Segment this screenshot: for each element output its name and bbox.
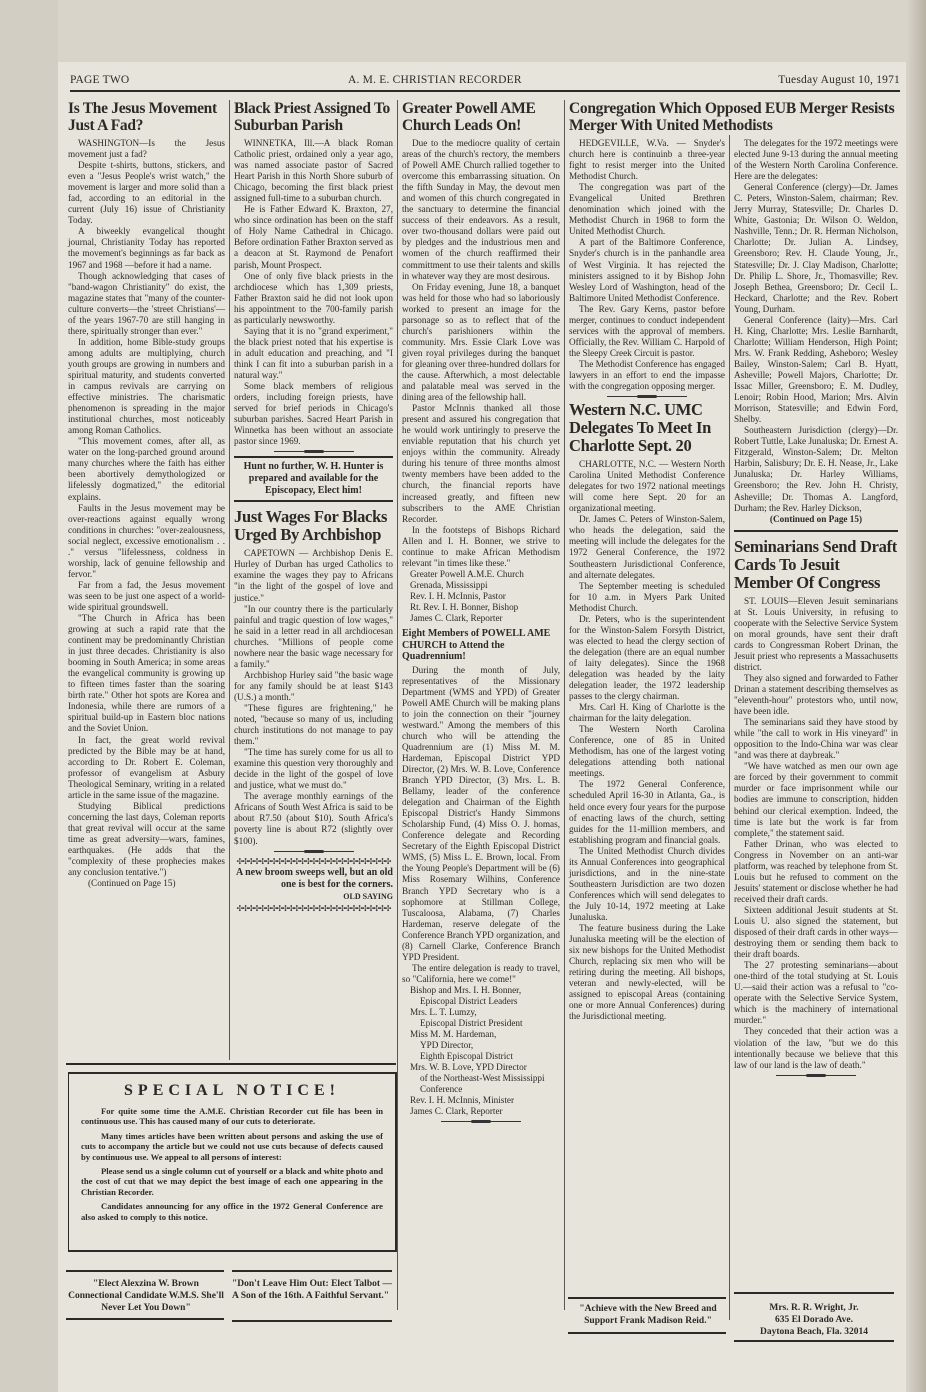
paragraph: Candidates announcing for any office in … (81, 1201, 383, 1222)
paragraph: "This movement comes, after all, as wate… (68, 436, 225, 502)
paragraph: "We have watched as men our own age are … (734, 761, 898, 838)
ad-rule (568, 1297, 726, 1299)
signature-line: of the Northeast-West Mississippi Confer… (402, 1073, 560, 1095)
article-greater-powell: Greater Powell AME Church Leads On! Due … (402, 100, 560, 1126)
paragraph: Rt. Rev. I. H. Bonner, Bishop (402, 602, 560, 613)
paragraph: WASHINGTON—Is the Jesus movement just a … (68, 138, 225, 160)
paragraph: Rev. I. H. McInnis, Pastor (402, 591, 560, 602)
signature-line: Bishop and Mrs. I. H. Bonner, (402, 985, 560, 996)
paragraph: Greater Powell A.M.E. Church (402, 569, 560, 580)
paragraph: The 27 protesting seminarians—about one-… (734, 960, 898, 1026)
paragraph: Saying that it is no "grand experiment,"… (234, 326, 393, 381)
paragraph: Some black members of religious orders, … (234, 381, 393, 447)
paragraph: Due to the mediocre quality of certain a… (402, 138, 560, 282)
paragraph: The average monthly earnings of the Afri… (234, 791, 393, 846)
headline-just-wages: Just Wages For Blacks Urged By Archbisho… (234, 508, 393, 544)
ad-rule (734, 1340, 894, 1342)
article-western-nc-cont: The delegates for the 1972 meetings were… (734, 138, 898, 1080)
paragraph: Archbishop Hurley said "the basic wage f… (234, 670, 393, 703)
page-number: PAGE TWO (70, 74, 129, 86)
paragraph: Faults in the Jesus movement may be over… (68, 503, 225, 580)
paragraph: The congregation was part of the Evangel… (569, 182, 725, 237)
paragraph: The seminarians said they have stood by … (734, 717, 898, 761)
signature-line: Episcopal District President (402, 1018, 560, 1029)
paragraph: CAPETOWN — Archbishop Denis E. Hurley of… (234, 548, 393, 603)
page-fold-shadow (906, 0, 926, 1392)
paragraph: The entire delegation is ready to travel… (402, 963, 560, 985)
masthead: PAGE TWO A. M. E. CHRISTIAN RECORDER Tue… (70, 74, 900, 90)
paragraph: The delegates for the 1972 meetings were… (734, 138, 898, 182)
paragraph: The Methodist Conference has engaged law… (569, 359, 725, 392)
paragraph: Studying Biblical predictions concerning… (68, 801, 225, 878)
paragraph: For quite some time the A.M.E. Christian… (81, 1106, 383, 1127)
paragraph: Please send us a single column cut of yo… (81, 1166, 383, 1197)
continued-note: (Continued on Page 15) (734, 514, 898, 525)
column-divider (564, 100, 565, 1310)
paragraph: "The time has surely come for us all to … (234, 747, 393, 791)
old-saying: A new broom sweeps well, but an old one … (234, 867, 393, 903)
paragraph: The feature business during the Lake Jun… (569, 923, 725, 1022)
column-divider (229, 100, 230, 1060)
signature-line: Eighth Episcopal District (402, 1051, 560, 1062)
paragraph: ST. LOUIS—Eleven Jesuit seminarians at S… (734, 596, 898, 673)
continued-note: (Continued on Page 15) (68, 878, 225, 889)
signature-line: Rev. I. H. McInnis, Minister (402, 1095, 560, 1106)
hunter-ad: Hunt no further, W. H. Hunter is prepare… (234, 456, 393, 502)
headline-eight-members: Eight Members of POWELL AME CHURCH to At… (402, 628, 560, 663)
special-notice-box: SPECIAL NOTICE! For quite some time the … (68, 1072, 397, 1252)
headline: Black Priest Assigned To Suburban Parish (234, 100, 393, 134)
headline-western-nc: Western N.C. UMC Delegates To Meet In Ch… (569, 401, 725, 455)
paragraph: The Rev. Gary Kerns, pastor before merge… (569, 304, 725, 359)
paragraph: They also signed and forwarded to Father… (734, 673, 898, 717)
paragraph: A part of the Baltimore Conference, Snyd… (569, 237, 725, 303)
paragraph: "In our country there is the particularl… (234, 604, 393, 670)
paragraph: Despite t-shirts, buttons, stickers, and… (68, 160, 225, 226)
divider-ornament (274, 451, 354, 452)
notice-title: SPECIAL NOTICE! (69, 1082, 395, 1100)
ad-rule (66, 1270, 224, 1272)
divider-ornament (776, 1075, 856, 1076)
signature-line: Episcopal District Leaders (402, 996, 560, 1007)
ad-mrs-wright: Mrs. R. R. Wright, Jr. 635 El Dorado Ave… (734, 1302, 894, 1338)
paragraph: "The Church in Africa has been growing a… (68, 613, 225, 735)
column-divider (729, 135, 730, 1320)
paragraph: Dr. Peters, who is the superintendent fo… (569, 614, 725, 702)
paragraph: They conceded that their action was a vi… (734, 1026, 898, 1070)
paragraph: On Friday evening, June 18, a banquet wa… (402, 282, 560, 404)
paragraph: The 1972 General Conference, scheduled A… (569, 779, 725, 845)
paragraph: In addition, home Bible-study groups amo… (68, 337, 225, 436)
article-eub-merger: Congregation Which Opposed EUB Merger Re… (569, 100, 725, 1022)
ad-rule (232, 1270, 392, 1272)
paragraph: During the month of July, representative… (402, 665, 560, 963)
paragraph: In fact, the great world revival predict… (68, 735, 225, 801)
paragraph: General Conference (clergy)—Dr. James C.… (734, 182, 898, 315)
ad-alexzina-brown: "Elect Alexzina W. Brown Connectional Ca… (66, 1278, 226, 1314)
signature-line: James C. Clark, Reporter (402, 1106, 560, 1117)
section-rule (734, 530, 898, 532)
signature-line: Mrs. L. T. Lumzy, (402, 1007, 560, 1018)
headline: Congregation Which Opposed EUB Merger Re… (569, 100, 899, 134)
divider-ornament (607, 396, 687, 397)
divider-ornament (441, 1121, 521, 1122)
ad-rule (232, 1320, 392, 1322)
paragraph: Grenada, Mississippi (402, 580, 560, 591)
paragraph: James C. Clark, Reporter (402, 613, 560, 624)
ad-rule (734, 1292, 894, 1294)
paragraph: HEDGEVILLE, W.Va. — Snyder's church here… (569, 138, 725, 182)
paragraph: In the footsteps of Bishops Richard Alle… (402, 525, 560, 569)
ad-rule (568, 1332, 726, 1334)
paragraph: Sixteen additional Jesuit students at St… (734, 905, 898, 960)
paragraph: Far from a fad, the Jesus movement was s… (68, 580, 225, 613)
headline: Is The Jesus Movement Just A Fad? (68, 100, 225, 134)
paragraph: Many times articles have been written ab… (81, 1131, 383, 1162)
divider-ornament (274, 851, 354, 852)
paragraph: A biweekly evangelical thought journal, … (68, 226, 225, 270)
paragraph: Southeastern Jurisdiction (clergy)—Dr. R… (734, 425, 898, 513)
paper-name: A. M. E. CHRISTIAN RECORDER (348, 74, 522, 86)
paragraph: Mrs. Carl H. King of Charlotte is the ch… (569, 702, 725, 724)
article-jesus-movement: Is The Jesus Movement Just A Fad? WASHIN… (68, 100, 225, 889)
paragraph: WINNETKA, Ill.—A black Roman Catholic pr… (234, 138, 393, 204)
page-left-margin (0, 0, 58, 1392)
paragraph: One of only five black priests in the ar… (234, 271, 393, 326)
article-black-priest: Black Priest Assigned To Suburban Parish… (234, 100, 393, 914)
headline-seminarians: Seminarians Send Draft Cards To Jesuit M… (734, 538, 898, 592)
section-rule (66, 1063, 396, 1065)
ad-rule (66, 1318, 224, 1320)
paragraph: Father Drinan, who was elected to Congre… (734, 839, 898, 905)
masthead-rule (70, 90, 900, 92)
paragraph: CHARLOTTE, N.C. — Western North Carolina… (569, 459, 725, 514)
signature-line: Mrs. W. B. Love, YPD Director (402, 1062, 560, 1073)
paragraph: Though acknowledging that cases of "band… (68, 271, 225, 337)
decorative-border: ✣✣✣✣✣✣✣✣✣✣✣✣✣✣✣✣✣✣✣✣✣✣✣✣✣✣✣ (234, 856, 393, 867)
headline: Greater Powell AME Church Leads On! (402, 100, 560, 134)
paragraph: The Western North Carolina Conference, o… (569, 724, 725, 779)
issue-date: Tuesday August 10, 1971 (778, 74, 900, 86)
paragraph: "These figures are frightening," he note… (234, 703, 393, 747)
paragraph: Dr. James C. Peters of Winston-Salem, wh… (569, 514, 725, 580)
signature-line: Miss M. M. Hardeman, (402, 1029, 560, 1040)
signature-line: YPD Director, (402, 1040, 560, 1051)
paragraph: General Conference (laity)—Mrs. Carl H. … (734, 315, 898, 425)
ad-frank-madison-reid: "Achieve with the New Breed and Support … (568, 1303, 728, 1327)
paragraph: The September meeting is scheduled for 1… (569, 581, 725, 614)
paragraph: Pastor McInnis thanked all those present… (402, 403, 560, 525)
column-divider (397, 100, 398, 1310)
decorative-border: ✣✣✣✣✣✣✣✣✣✣✣✣✣✣✣✣✣✣✣✣✣✣✣✣✣✣✣ (234, 903, 393, 914)
ad-talbot: "Don't Leave Him Out: Elect Talbot — A S… (232, 1278, 392, 1302)
paragraph: The United Methodist Church divides its … (569, 846, 725, 923)
paragraph: He is Father Edward K. Braxton, 27, who … (234, 204, 393, 270)
